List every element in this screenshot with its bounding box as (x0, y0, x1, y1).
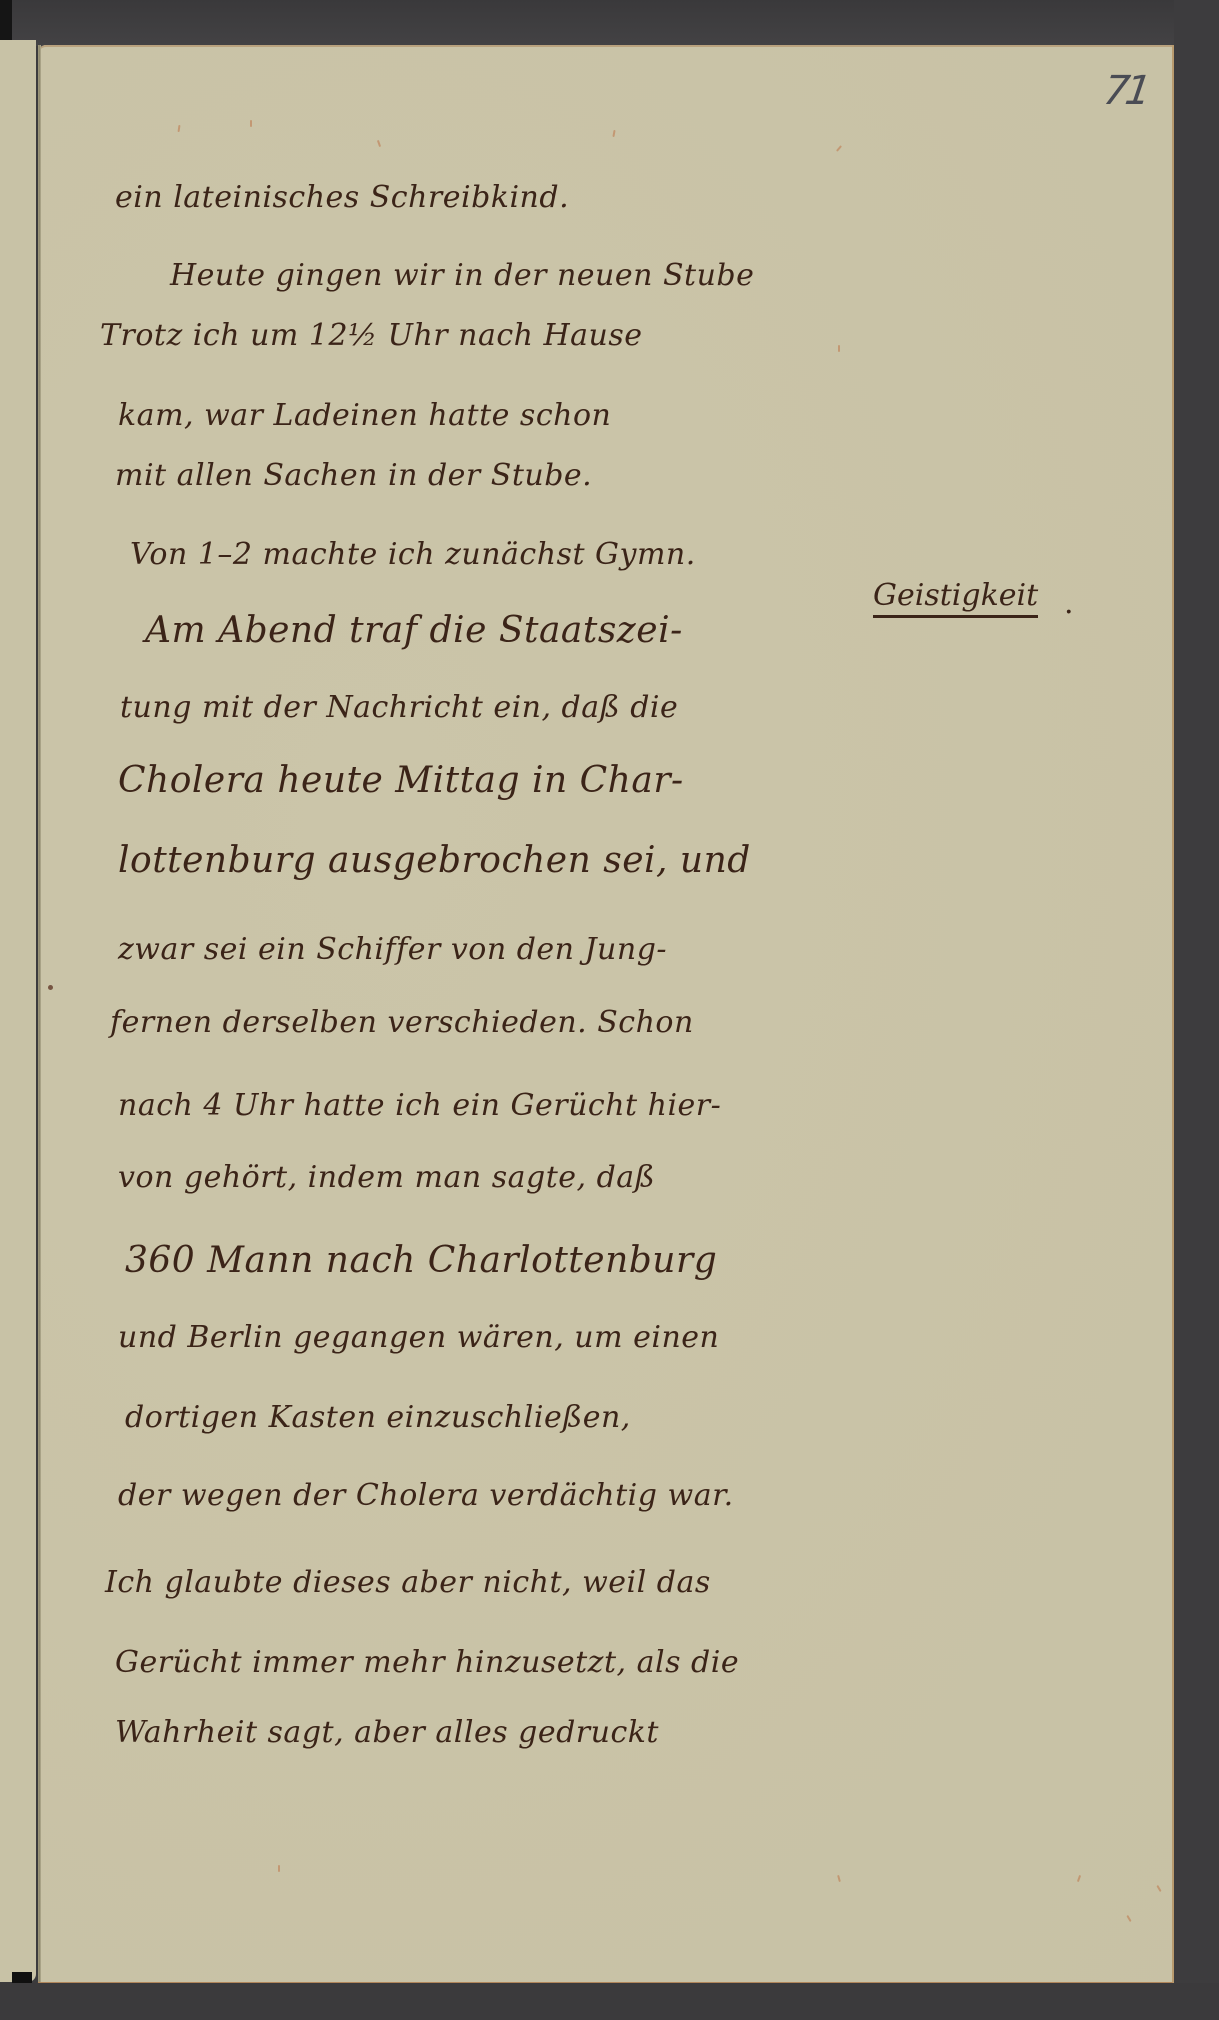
paper-fleck (836, 145, 842, 152)
text-line: dortigen Kasten einzuschließen, (125, 1400, 631, 1435)
paper-fleck (1077, 1875, 1081, 1882)
facing-page-edge (0, 40, 36, 1982)
text-line: ein lateinisches Schreibkind. (115, 180, 569, 215)
text-line: mit allen Sachen in der Stube. (115, 458, 592, 493)
paper-fleck (48, 985, 53, 990)
text-line: Ich glaubte dieses aber nicht, weil das (105, 1565, 711, 1600)
manuscript-scan: 71 ein lateinisches Schreibkind. Heute g… (0, 0, 1219, 2020)
text-line: lottenburg ausgebrochen sei, und (118, 840, 751, 881)
text-line: kam, war Ladeinen hatte schon (118, 398, 611, 433)
page-number: 71 (1101, 68, 1150, 114)
paper-fleck (178, 125, 181, 132)
text-line: Heute gingen wir in der neuen Stube (170, 258, 754, 293)
text-line: Wahrheit sagt, aber alles gedruckt (115, 1715, 659, 1750)
scan-background-bottom (0, 1983, 1219, 2020)
text-line: Trotz ich um 12½ Uhr nach Hause (100, 318, 643, 353)
text-line: von gehört, indem man sagte, daß (118, 1160, 655, 1195)
text-line: nach 4 Uhr hatte ich ein Gerücht hier- (118, 1088, 721, 1123)
page-fold-line (38, 45, 41, 1982)
text-line: fernen derselben verschieden. Schon (110, 1005, 694, 1040)
text-line: 360 Mann nach Charlottenburg (125, 1240, 717, 1281)
paper-fleck (278, 1865, 280, 1872)
scan-background-top (0, 0, 1219, 46)
paper-fleck (250, 120, 252, 127)
text-line: Von 1–2 machte ich zunächst Gymn. (130, 537, 696, 572)
text-line: zwar sei ein Schiffer von den Jung- (118, 932, 667, 967)
margin-note: Geistigkeit (873, 578, 1038, 618)
paper-fleck (612, 130, 615, 137)
paper-fleck (1126, 1915, 1131, 1922)
paper-fleck (377, 140, 381, 147)
text-line: Gerücht immer mehr hinzusetzt, als die (115, 1645, 739, 1680)
text-line: Cholera heute Mittag in Char- (118, 760, 684, 801)
paper-fleck (837, 1875, 841, 1882)
paper-fleck (1156, 1885, 1161, 1892)
text-line: Am Abend traf die Staatszei- (145, 610, 683, 651)
text-line: tung mit der Nachricht ein, daß die (120, 690, 678, 725)
scan-background-right (1174, 0, 1219, 2020)
text-line: und Berlin gegangen wären, um einen (118, 1320, 719, 1355)
margin-note-period: . (1064, 586, 1074, 621)
binding-tab (0, 0, 12, 44)
paper-fleck (838, 345, 840, 352)
text-line: der wegen der Cholera verdächtig war. (118, 1478, 734, 1513)
